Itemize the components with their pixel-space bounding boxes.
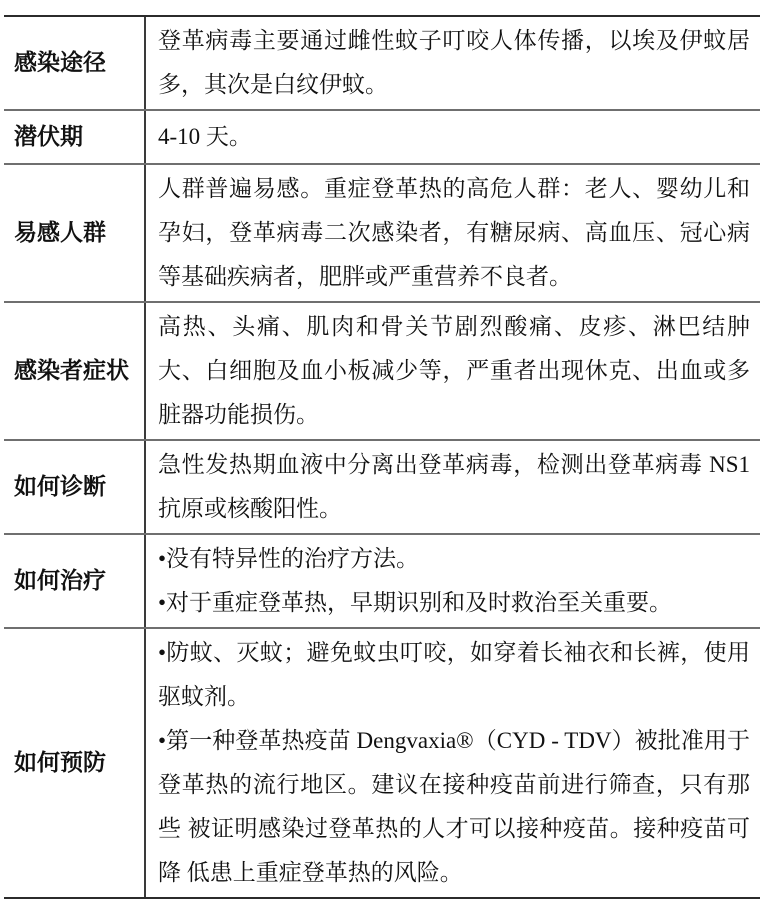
- row-content-susceptible-population: 人群普遍易感。重症登革热的高危人群：老人、婴幼儿和孕妇，登革病毒二次感染者，有糖…: [146, 165, 760, 301]
- content-bullet: •防蚊、灭蚊；避免蚊虫叮咬，如穿着长袖衣和长裤，使用 驱蚊剂。: [158, 631, 750, 719]
- table-row-infection-route: 感染途径 登革病毒主要通过雌性蚊子叮咬人体传播，以埃及伊蚊居多，其次是白纹伊蚊。: [4, 17, 760, 109]
- content-paragraph: 高热、头痛、肌肉和骨关节剧烈酸痛、皮疹、淋巴结肿大、白细胞及血小板减少等，严重者…: [158, 305, 750, 437]
- row-label-treatment: 如何治疗: [4, 535, 146, 627]
- row-content-incubation-period: 4-10 天。: [146, 111, 760, 163]
- dengue-info-table: 感染途径 登革病毒主要通过雌性蚊子叮咬人体传播，以埃及伊蚊居多，其次是白纹伊蚊。…: [4, 15, 760, 899]
- table-row-incubation-period: 潜伏期 4-10 天。: [4, 109, 760, 163]
- row-content-prevention: •防蚊、灭蚊；避免蚊虫叮咬，如穿着长袖衣和长裤，使用 驱蚊剂。 •第一种登革热疫…: [146, 629, 760, 897]
- row-label-susceptible-population: 易感人群: [4, 165, 146, 301]
- row-label-infection-route: 感染途径: [4, 17, 146, 109]
- row-label-symptoms: 感染者症状: [4, 303, 146, 439]
- table-row-diagnosis: 如何诊断 急性发热期血液中分离出登革病毒，检测出登革病毒 NS1 抗原或核酸阳性…: [4, 439, 760, 533]
- table-row-symptoms: 感染者症状 高热、头痛、肌肉和骨关节剧烈酸痛、皮疹、淋巴结肿大、白细胞及血小板减…: [4, 301, 760, 439]
- table-row-susceptible-population: 易感人群 人群普遍易感。重症登革热的高危人群：老人、婴幼儿和孕妇，登革病毒二次感…: [4, 163, 760, 301]
- row-content-diagnosis: 急性发热期血液中分离出登革病毒，检测出登革病毒 NS1 抗原或核酸阳性。: [146, 441, 760, 533]
- content-paragraph: 4-10 天。: [158, 115, 750, 159]
- row-content-symptoms: 高热、头痛、肌肉和骨关节剧烈酸痛、皮疹、淋巴结肿大、白细胞及血小板减少等，严重者…: [146, 303, 760, 439]
- row-label-diagnosis: 如何诊断: [4, 441, 146, 533]
- content-paragraph: 人群普遍易感。重症登革热的高危人群：老人、婴幼儿和孕妇，登革病毒二次感染者，有糖…: [158, 167, 750, 299]
- content-bullet: •第一种登革热疫苗 Dengvaxia®（CYD - TDV）被批准用于登革热的…: [158, 719, 750, 895]
- content-bullet: •对于重症登革热，早期识别和及时救治至关重要。: [158, 581, 750, 625]
- row-content-treatment: •没有特异性的治疗方法。 •对于重症登革热，早期识别和及时救治至关重要。: [146, 535, 760, 627]
- content-paragraph: 登革病毒主要通过雌性蚊子叮咬人体传播，以埃及伊蚊居多，其次是白纹伊蚊。: [158, 19, 750, 107]
- content-paragraph: 急性发热期血液中分离出登革病毒，检测出登革病毒 NS1 抗原或核酸阳性。: [158, 443, 750, 531]
- content-bullet: •没有特异性的治疗方法。: [158, 537, 750, 581]
- table-row-prevention: 如何预防 •防蚊、灭蚊；避免蚊虫叮咬，如穿着长袖衣和长裤，使用 驱蚊剂。 •第一…: [4, 627, 760, 897]
- row-label-incubation-period: 潜伏期: [4, 111, 146, 163]
- row-content-infection-route: 登革病毒主要通过雌性蚊子叮咬人体传播，以埃及伊蚊居多，其次是白纹伊蚊。: [146, 17, 760, 109]
- table-row-treatment: 如何治疗 •没有特异性的治疗方法。 •对于重症登革热，早期识别和及时救治至关重要…: [4, 533, 760, 627]
- document-page: 感染途径 登革病毒主要通过雌性蚊子叮咬人体传播，以埃及伊蚊居多，其次是白纹伊蚊。…: [0, 0, 764, 899]
- row-label-prevention: 如何预防: [4, 629, 146, 897]
